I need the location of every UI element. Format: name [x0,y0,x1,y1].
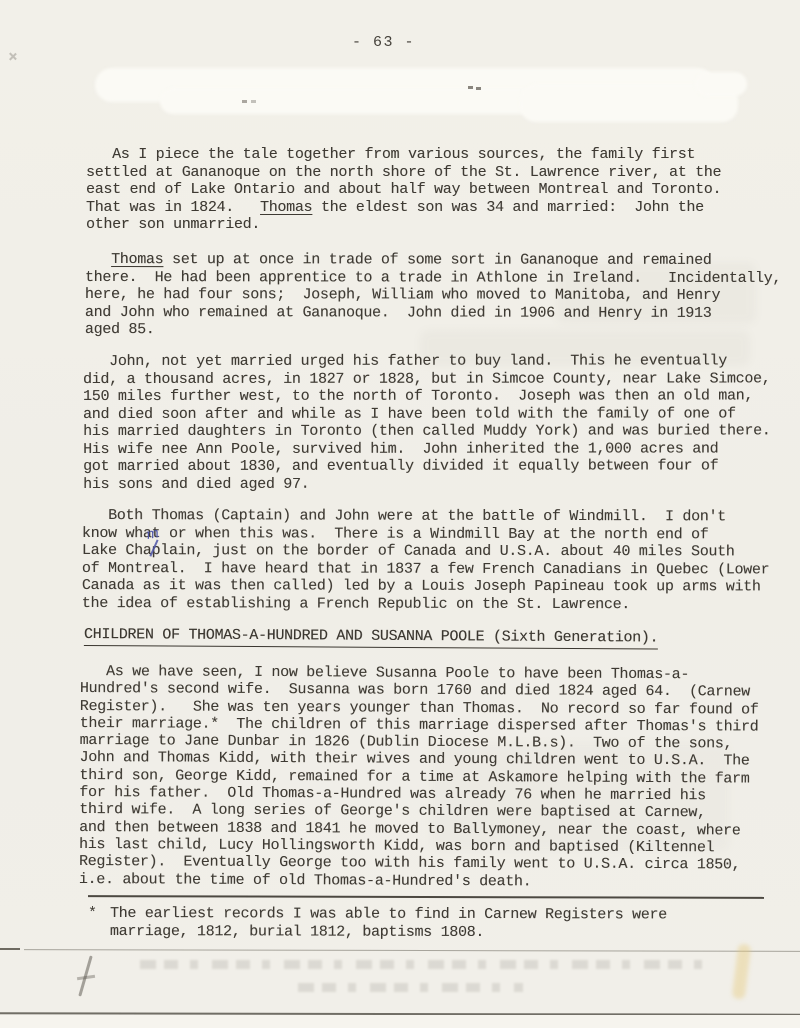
paragraph-2-text: there. He had been apprentice to a trade… [85,268,781,338]
paragraph-1-text: As I piece the tale together from variou… [86,146,721,198]
scan-speck [8,52,17,61]
paragraph-1-text: the eldest son was 34 and married: John … [312,199,704,216]
footnote-separator-line [88,895,764,899]
document-page: - 63 - As I piece the tale together from… [0,0,800,1028]
underlined-word-thomas: Thomas [111,251,163,268]
handwritten-insertion-letter: m [145,525,161,543]
paragraph-5: As we have seen, I now believe Susanna P… [79,663,759,891]
show-through-ghost-text [298,983,523,992]
paragraph-2-text [85,251,111,268]
paragraph-2-text: set up at once in trade of some sort in … [163,251,711,269]
page-bottom-edge [0,1015,800,1028]
footnote-text: The earliest records I was able to find … [110,905,667,941]
faint-horizontal-rule [24,949,800,952]
footnote-marker: * [88,905,97,922]
show-through-ghost-text [140,960,710,969]
scan-line-fragment [0,948,20,950]
paragraph-4: Both Thomas (Captain) and John were at t… [82,507,770,613]
paragraph-1: As I piece the tale together from variou… [86,146,721,234]
whiteout-remnant-mark [242,100,247,103]
page-number: - 63 - [352,34,415,51]
paragraph-2: Thomas set up at once in trade of some s… [85,251,781,339]
paragraph-1-text: other son unmarried. [86,216,260,233]
paragraph-3: John, not yet married urged his father t… [83,352,771,493]
whiteout-correction-blob [160,88,580,114]
underlined-word-thomas: Thomas [260,199,312,216]
paragraph-1-text: That was in 1824. [86,199,260,216]
whiteout-remnant-mark [468,86,473,89]
whiteout-correction-blob [695,72,747,96]
section-heading: CHILDREN OF THOMAS-A-HUNDRED AND SUSANNA… [84,626,658,650]
